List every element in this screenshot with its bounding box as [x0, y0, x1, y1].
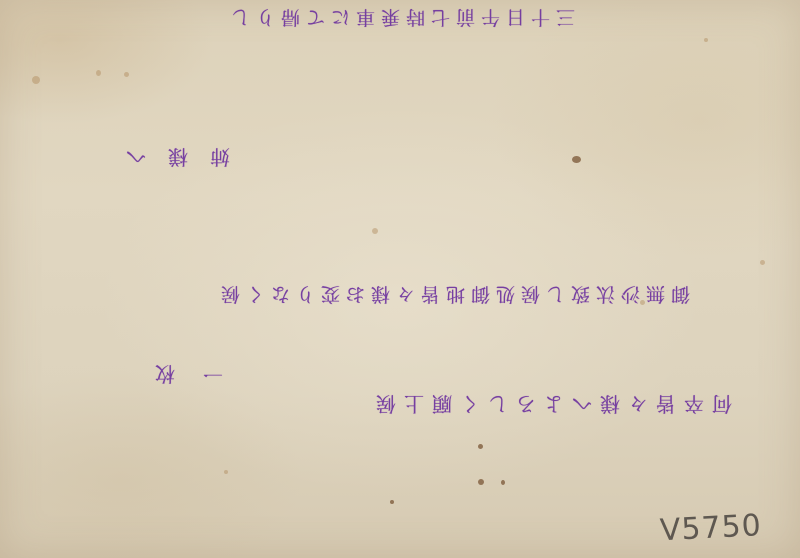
stain-spot: [704, 38, 708, 42]
handwritten-line-5: 何卒皆々様へよろしく願上候: [335, 386, 765, 422]
stain-spot: [32, 76, 40, 84]
stain-spot: [224, 470, 228, 474]
stain-spot: [478, 444, 483, 449]
stain-spot: [501, 480, 505, 485]
stain-spot: [96, 70, 101, 76]
handwritten-line-2: 姉様へ: [92, 142, 242, 172]
stain-spot: [372, 228, 378, 234]
handwritten-line-4: 一枚: [110, 356, 240, 392]
stain-spot: [760, 260, 765, 265]
stain-spot: [572, 156, 581, 163]
stain-spot: [124, 72, 129, 77]
handwritten-line-1: 三十日午前七時乗車にて帰りし: [170, 2, 630, 32]
catalog-number: V5750: [659, 507, 791, 554]
stain-spot: [478, 479, 484, 485]
handwritten-line-3: 御無沙汰致し候処御地皆々様お変りなく候: [190, 276, 715, 312]
stain-spot: [390, 500, 394, 504]
aged-paper-background: 三十日午前七時乗車にて帰りし 姉様へ 御無沙汰致し候処御地皆々様お変りなく候 一…: [0, 0, 800, 558]
